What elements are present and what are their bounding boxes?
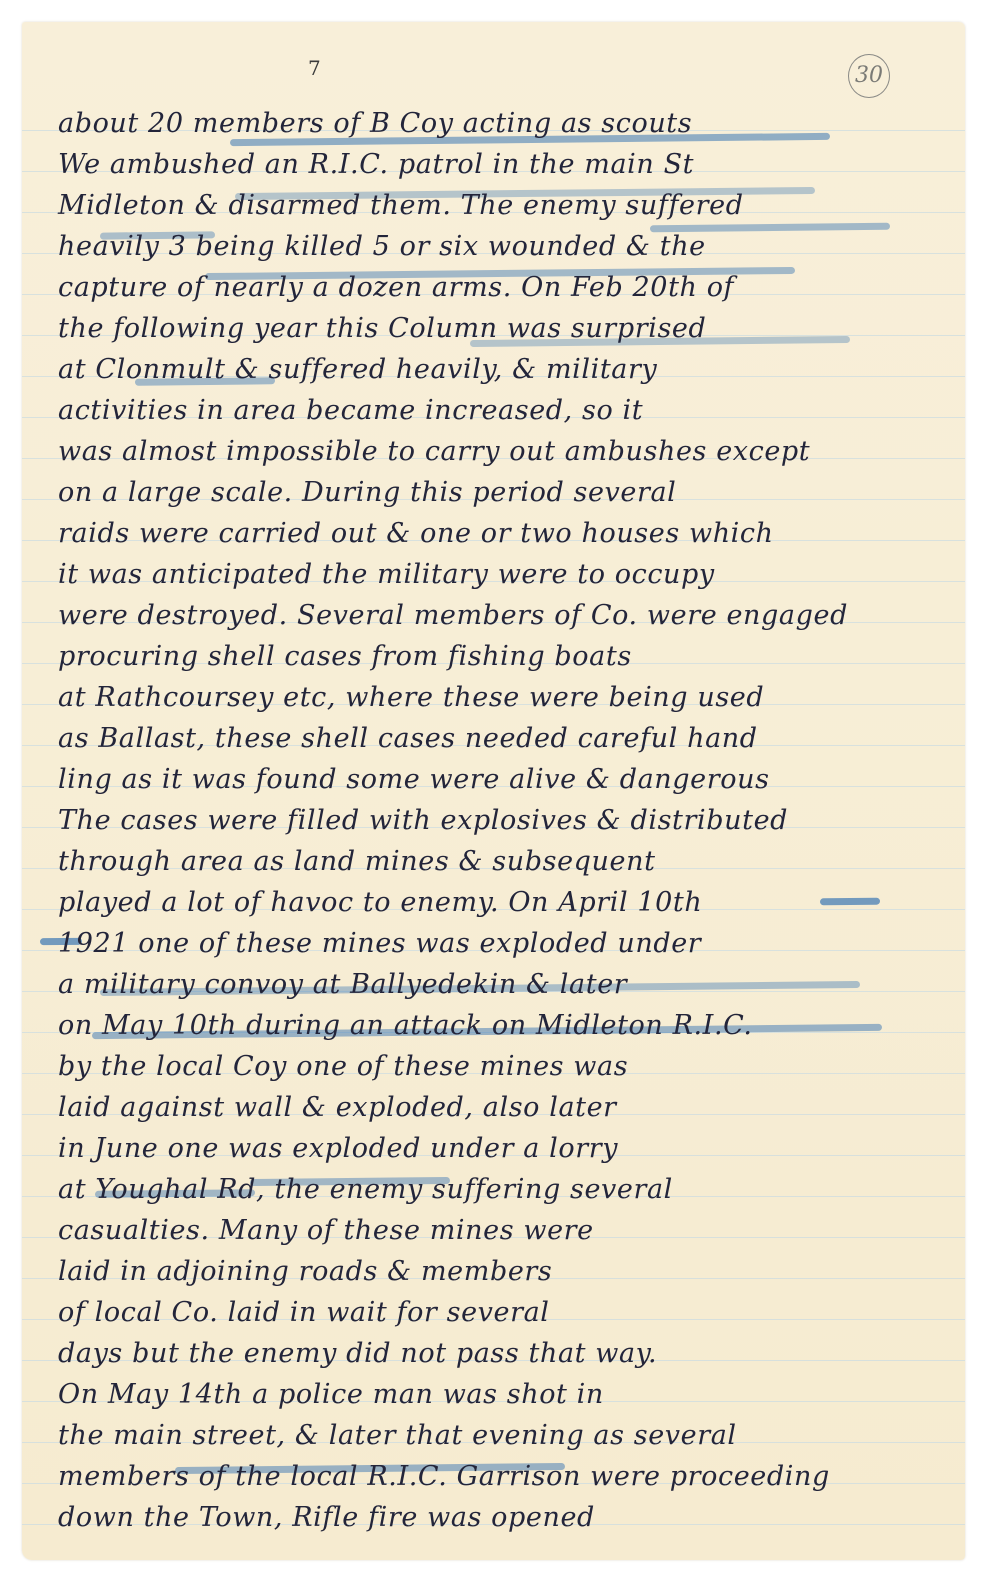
manuscript-line: heavily 3 being killed 5 or six wounded … — [58, 227, 706, 267]
manuscript-line: it was anticipated the military were to … — [58, 555, 715, 595]
manuscript-line: on May 10th during an attack on Midleton… — [58, 1006, 753, 1046]
manuscript-line: of local Co. laid in wait for several — [58, 1293, 550, 1333]
manuscript-line: ling as it was found some were alive & d… — [58, 760, 770, 800]
manuscript-line: activities in area became increased, so … — [58, 391, 643, 431]
manuscript-line: was almost impossible to carry out ambus… — [58, 432, 810, 472]
manuscript-line: at Clonmult & suffered heavily, & milita… — [58, 350, 657, 390]
manuscript-line: about 20 members of B Coy acting as scou… — [58, 104, 692, 144]
manuscript-line: procuring shell cases from fishing boats — [58, 637, 632, 677]
manuscript-line: played a lot of havoc to enemy. On April… — [58, 883, 702, 923]
manuscript-line: Midleton & disarmed them. The enemy suff… — [58, 186, 744, 226]
manuscript-line: capture of nearly a dozen arms. On Feb 2… — [58, 268, 734, 308]
manuscript-line: down the Town, Rifle fire was opened — [58, 1498, 595, 1538]
manuscript-line: a military convoy at Ballyedekin & later — [58, 965, 627, 1005]
manuscript-line: raids were carried out & one or two hous… — [58, 514, 774, 554]
manuscript-line: The cases were filled with explosives & … — [58, 801, 788, 841]
manuscript-line: at Youghal Rd, the enemy suffering sever… — [58, 1170, 673, 1210]
manuscript-line: laid against wall & exploded, also later — [58, 1088, 617, 1128]
manuscript-line: in June one was exploded under a lorry — [58, 1129, 618, 1169]
manuscript-line: We ambushed an R.I.C. patrol in the main… — [58, 145, 694, 185]
manuscript-line: laid in adjoining roads & members — [58, 1252, 552, 1292]
manuscript-line: through area as land mines & subsequent — [58, 842, 656, 882]
folio-number-circled: 30 — [848, 54, 890, 98]
manuscript-line: by the local Coy one of these mines was — [58, 1047, 628, 1087]
manuscript-line: days but the enemy did not pass that way… — [58, 1334, 657, 1374]
manuscript-line: 1921 one of these mines was exploded und… — [58, 924, 701, 964]
manuscript-line: the main street, & later that evening as… — [58, 1416, 737, 1456]
page-marker: 7 — [308, 56, 321, 80]
manuscript-line: members of the local R.I.C. Garrison wer… — [58, 1457, 830, 1497]
manuscript-line: On May 14th a police man was shot in — [58, 1375, 604, 1415]
manuscript-line: as Ballast, these shell cases needed car… — [58, 719, 758, 759]
blue-underline-mark — [820, 898, 880, 906]
manuscript-line: were destroyed. Several members of Co. w… — [58, 596, 848, 636]
manuscript-line: on a large scale. During this period sev… — [58, 473, 676, 513]
manuscript-line: the following year this Column was surpr… — [58, 309, 706, 349]
manuscript-line: at Rathcoursey etc, where these were bei… — [58, 678, 764, 718]
manuscript-line: casualties. Many of these mines were — [58, 1211, 594, 1251]
